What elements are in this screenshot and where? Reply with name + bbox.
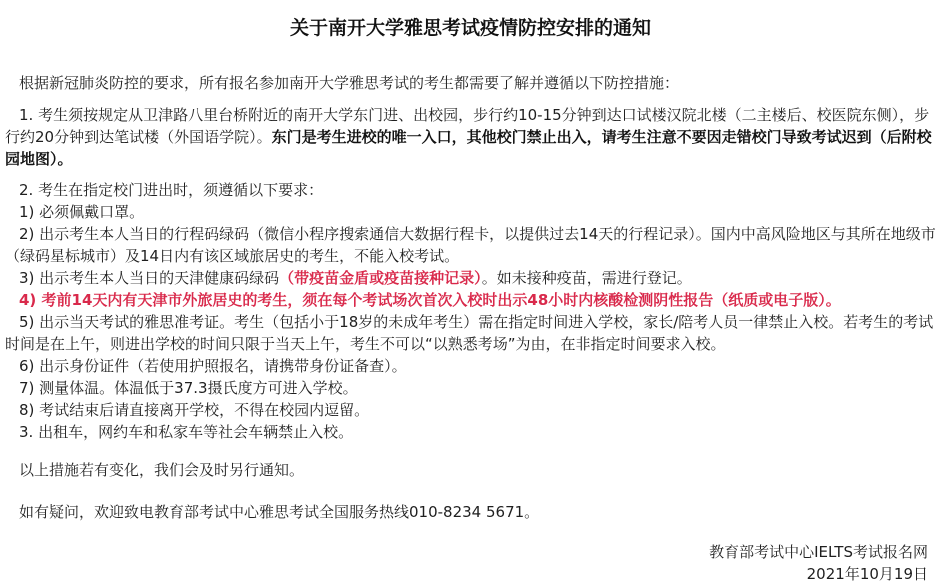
item-2-sub-7: 7) 测量体温。体温低于37.3摄氏度方可进入学校。 bbox=[5, 377, 936, 399]
item-2-sub-3-suffix: 。如未接种疫苗，需进行登记。 bbox=[482, 269, 692, 287]
item-2-sub-4-red-warning: 4) 考前14天内有天津市外旅居史的考生，须在每个考试场次首次入校时出示48小时… bbox=[5, 289, 936, 311]
date-line: 2021年10月19日 bbox=[5, 563, 936, 585]
item-1: 1. 考生须按规定从卫津路八里台桥附近的南开大学东门进、出校园，步行约10-15… bbox=[5, 104, 936, 170]
closing-note: 以上措施若有变化，我们会及时另行通知。 bbox=[5, 459, 936, 481]
signature-line: 教育部考试中心IELTS考试报名网 bbox=[5, 541, 936, 563]
item-3: 3. 出租车，网约车和私家车等社会车辆禁止入校。 bbox=[5, 421, 936, 443]
intro-paragraph: 根据新冠肺炎防控的要求，所有报名参加南开大学雅思考试的考生都需要了解并遵循以下防… bbox=[5, 72, 936, 94]
item-2-sub-3: 3) 出示考生本人当日的天津健康码绿码（带疫苗金盾或疫苗接种记录）。如未接种疫苗… bbox=[5, 267, 936, 289]
item-2-heading: 2. 考生在指定校门进出时，须遵循以下要求： bbox=[5, 179, 936, 201]
item-2-sub-2: 2) 出示考生本人当日的行程码绿码（微信小程序搜索通信大数据行程卡，以提供过去1… bbox=[5, 223, 936, 267]
contact-line: 如有疑问，欢迎致电教育部考试中心雅思考试全国服务热线010-8234 5671。 bbox=[5, 501, 936, 523]
notice-title: 关于南开大学雅思考试疫情防控安排的通知 bbox=[5, 14, 936, 42]
item-2-sub-3-red-note: （带疫苗金盾或疫苗接种记录） bbox=[279, 269, 482, 287]
item-2-sub-5: 5) 出示当天考试的雅思准考证。考生（包括小于18岁的未成年考生）需在指定时间进… bbox=[5, 311, 936, 355]
item-2-sub-3-prefix: 3) 出示考生本人当日的天津健康码绿码 bbox=[19, 269, 279, 287]
notice-document: 关于南开大学雅思考试疫情防控安排的通知 根据新冠肺炎防控的要求，所有报名参加南开… bbox=[0, 0, 941, 585]
item-2-sub-1: 1) 必须佩戴口罩。 bbox=[5, 201, 936, 223]
item-2-sub-8: 8) 考试结束后请直接离开学校，不得在校园内逗留。 bbox=[5, 399, 936, 421]
item-2-sub-6: 6) 出示身份证件（若使用护照报名，请携带身份证备查）。 bbox=[5, 355, 936, 377]
